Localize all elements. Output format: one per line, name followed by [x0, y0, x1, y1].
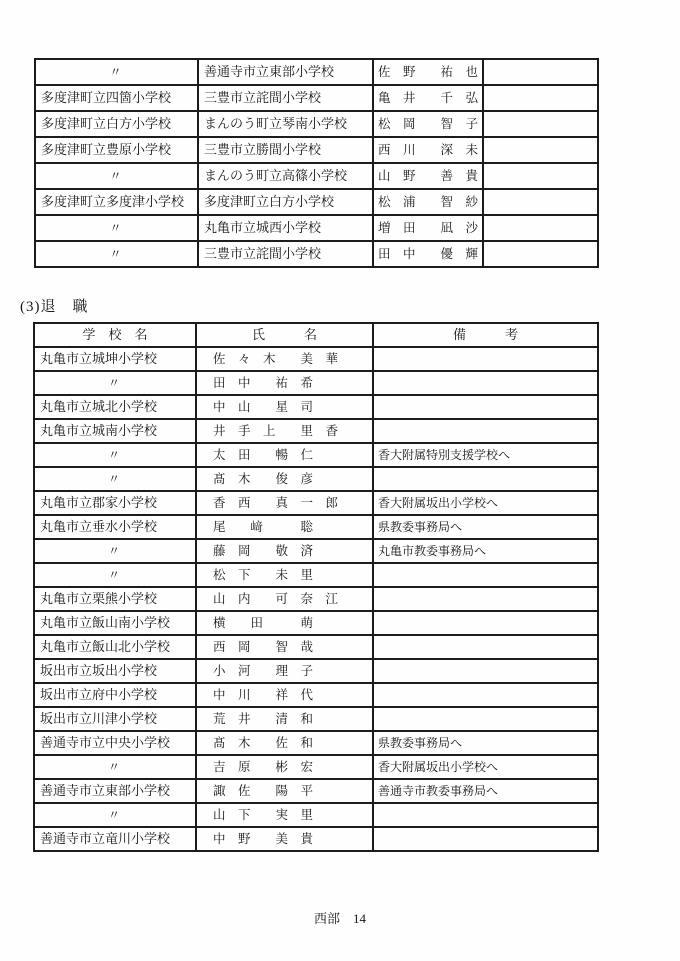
- table-row: 丸亀市立城北小学校中 山 星 司: [34, 395, 598, 419]
- table-row: 丸亀市立郡家小学校香 西 真 一 郎香大附属坂出小学校へ: [34, 491, 598, 515]
- origin-school-cell: 多度津町立豊原小学校: [35, 137, 198, 163]
- table-row: 丸亀市立城南小学校井 手 上 里 香: [34, 419, 598, 443]
- note-cell: [373, 827, 598, 851]
- teacher-name-cell: 松 岡 智 子: [373, 111, 483, 137]
- note-cell: [373, 467, 598, 491]
- table-row: 〃田 中 祐 希: [34, 371, 598, 395]
- table-row: 多度津町立四箇小学校三豊市立詫間小学校亀 井 千 弘: [35, 85, 598, 111]
- retirement-table: 学 校 名 氏 名 備 考 丸亀市立城坤小学校佐 々 木 美 華〃田 中 祐 希…: [33, 322, 599, 852]
- teacher-name-cell: 井 手 上 里 香: [196, 419, 373, 443]
- teacher-name-cell: 西 川 深 未: [373, 137, 483, 163]
- school-cell: 坂出市立川津小学校: [34, 707, 196, 731]
- table-row: 〃三豊市立詫間小学校田 中 優 輝: [35, 241, 598, 267]
- table-row: 多度津町立豊原小学校三豊市立勝間小学校西 川 深 未: [35, 137, 598, 163]
- table-row: 〃松 下 未 里: [34, 563, 598, 587]
- note-cell: [373, 371, 598, 395]
- note-cell: [373, 683, 598, 707]
- note-cell: [373, 395, 598, 419]
- note-cell: 香大附属坂出小学校へ: [373, 491, 598, 515]
- note-cell: 香大附属坂出小学校へ: [373, 755, 598, 779]
- school-cell: 丸亀市立栗熊小学校: [34, 587, 196, 611]
- teacher-name-cell: 田 中 祐 希: [196, 371, 373, 395]
- note-cell: 善通寺市教委事務局へ: [373, 779, 598, 803]
- note-cell: [483, 59, 598, 85]
- origin-school-cell: 〃: [35, 59, 198, 85]
- table-row: 善通寺市立東部小学校諏 佐 陽 平善通寺市教委事務局へ: [34, 779, 598, 803]
- note-cell: [373, 563, 598, 587]
- table-row: 丸亀市立城坤小学校佐 々 木 美 華: [34, 347, 598, 371]
- teacher-name-cell: 佐 々 木 美 華: [196, 347, 373, 371]
- note-cell: 県教委事務局へ: [373, 731, 598, 755]
- school-cell: 丸亀市立垂水小学校: [34, 515, 196, 539]
- teacher-name-cell: 荒 井 清 和: [196, 707, 373, 731]
- school-cell: 坂出市立府中小学校: [34, 683, 196, 707]
- school-cell: 〃: [34, 755, 196, 779]
- table-row: 多度津町立多度津小学校多度津町立白方小学校松 浦 智 紗: [35, 189, 598, 215]
- table-row: 〃丸亀市立城西小学校増 田 凪 沙: [35, 215, 598, 241]
- destination-school-cell: まんのう町立琴南小学校: [198, 111, 373, 137]
- school-cell: 丸亀市立飯山北小学校: [34, 635, 196, 659]
- teacher-name-cell: 吉 原 彬 宏: [196, 755, 373, 779]
- teacher-name-cell: 香 西 真 一 郎: [196, 491, 373, 515]
- note-cell: [483, 241, 598, 267]
- table-header-row: 学 校 名 氏 名 備 考: [34, 323, 598, 347]
- teacher-name-cell: 藤 岡 敬 済: [196, 539, 373, 563]
- school-cell: 〃: [34, 803, 196, 827]
- teacher-name-cell: 中 山 星 司: [196, 395, 373, 419]
- teacher-name-cell: 髙 木 俊 彦: [196, 467, 373, 491]
- school-cell: 丸亀市立飯山南小学校: [34, 611, 196, 635]
- school-cell: 丸亀市立城坤小学校: [34, 347, 196, 371]
- school-cell: 〃: [34, 443, 196, 467]
- teacher-name-cell: 諏 佐 陽 平: [196, 779, 373, 803]
- table-row: 丸亀市立栗熊小学校山 内 可 奈 江: [34, 587, 598, 611]
- note-cell: [373, 803, 598, 827]
- note-cell: [373, 635, 598, 659]
- school-cell: 〃: [34, 467, 196, 491]
- teacher-name-cell: 山 下 実 里: [196, 803, 373, 827]
- school-cell: 丸亀市立城南小学校: [34, 419, 196, 443]
- teacher-name-cell: 山 内 可 奈 江: [196, 587, 373, 611]
- school-cell: 〃: [34, 371, 196, 395]
- table-row: 多度津町立白方小学校まんのう町立琴南小学校松 岡 智 子: [35, 111, 598, 137]
- header-person-name: 氏 名: [196, 323, 373, 347]
- destination-school-cell: 三豊市立勝間小学校: [198, 137, 373, 163]
- table-row: 〃髙 木 俊 彦: [34, 467, 598, 491]
- transfer-continuation-table: 〃善通寺市立東部小学校佐 野 祐 也多度津町立四箇小学校三豊市立詫間小学校亀 井…: [34, 58, 599, 268]
- note-cell: [373, 419, 598, 443]
- teacher-name-cell: 尾 﨑 聡: [196, 515, 373, 539]
- origin-school-cell: 多度津町立四箇小学校: [35, 85, 198, 111]
- school-cell: 善通寺市立竜川小学校: [34, 827, 196, 851]
- destination-school-cell: 三豊市立詫間小学校: [198, 85, 373, 111]
- origin-school-cell: 〃: [35, 241, 198, 267]
- note-cell: [483, 85, 598, 111]
- teacher-name-cell: 髙 木 佐 和: [196, 731, 373, 755]
- school-cell: 〃: [34, 539, 196, 563]
- note-cell: [373, 707, 598, 731]
- school-cell: 〃: [34, 563, 196, 587]
- note-cell: [373, 659, 598, 683]
- table-row: 丸亀市立垂水小学校尾 﨑 聡県教委事務局へ: [34, 515, 598, 539]
- school-cell: 坂出市立坂出小学校: [34, 659, 196, 683]
- table-row: 〃吉 原 彬 宏香大附属坂出小学校へ: [34, 755, 598, 779]
- note-cell: 丸亀市教委事務局へ: [373, 539, 598, 563]
- page-footer: 西部 14: [0, 908, 680, 927]
- table-row: 坂出市立坂出小学校小 河 理 子: [34, 659, 598, 683]
- table-row: 善通寺市立中央小学校髙 木 佐 和県教委事務局へ: [34, 731, 598, 755]
- note-cell: [483, 163, 598, 189]
- teacher-name-cell: 山 野 善 貴: [373, 163, 483, 189]
- note-cell: [483, 111, 598, 137]
- table-row: 〃藤 岡 敬 済丸亀市教委事務局へ: [34, 539, 598, 563]
- note-cell: [483, 189, 598, 215]
- table-row: 〃まんのう町立高篠小学校山 野 善 貴: [35, 163, 598, 189]
- table-row: 〃善通寺市立東部小学校佐 野 祐 也: [35, 59, 598, 85]
- origin-school-cell: 〃: [35, 163, 198, 189]
- origin-school-cell: 多度津町立多度津小学校: [35, 189, 198, 215]
- teacher-name-cell: 田 中 優 輝: [373, 241, 483, 267]
- teacher-name-cell: 小 河 理 子: [196, 659, 373, 683]
- teacher-name-cell: 松 浦 智 紗: [373, 189, 483, 215]
- teacher-name-cell: 中 野 美 貴: [196, 827, 373, 851]
- teacher-name-cell: 松 下 未 里: [196, 563, 373, 587]
- note-cell: 県教委事務局へ: [373, 515, 598, 539]
- school-cell: 丸亀市立城北小学校: [34, 395, 196, 419]
- note-cell: [373, 611, 598, 635]
- school-cell: 善通寺市立東部小学校: [34, 779, 196, 803]
- table-row: 善通寺市立竜川小学校中 野 美 貴: [34, 827, 598, 851]
- origin-school-cell: 多度津町立白方小学校: [35, 111, 198, 137]
- teacher-name-cell: 太 田 暢 仁: [196, 443, 373, 467]
- origin-school-cell: 〃: [35, 215, 198, 241]
- table-row: 〃太 田 暢 仁香大附属特別支援学校へ: [34, 443, 598, 467]
- destination-school-cell: 三豊市立詫間小学校: [198, 241, 373, 267]
- teacher-name-cell: 佐 野 祐 也: [373, 59, 483, 85]
- teacher-name-cell: 中 川 祥 代: [196, 683, 373, 707]
- note-cell: [483, 215, 598, 241]
- destination-school-cell: 多度津町立白方小学校: [198, 189, 373, 215]
- school-cell: 善通寺市立中央小学校: [34, 731, 196, 755]
- header-school-name: 学 校 名: [34, 323, 196, 347]
- destination-school-cell: 善通寺市立東部小学校: [198, 59, 373, 85]
- destination-school-cell: まんのう町立高篠小学校: [198, 163, 373, 189]
- header-remarks: 備 考: [373, 323, 598, 347]
- note-cell: [373, 347, 598, 371]
- teacher-name-cell: 亀 井 千 弘: [373, 85, 483, 111]
- table-row: 坂出市立川津小学校荒 井 清 和: [34, 707, 598, 731]
- note-cell: 香大附属特別支援学校へ: [373, 443, 598, 467]
- note-cell: [483, 137, 598, 163]
- document-page: 〃善通寺市立東部小学校佐 野 祐 也多度津町立四箇小学校三豊市立詫間小学校亀 井…: [0, 0, 680, 961]
- section-title-retirement: (3)退 職: [20, 295, 89, 316]
- table-row: 丸亀市立飯山北小学校西 岡 智 哉: [34, 635, 598, 659]
- note-cell: [373, 587, 598, 611]
- teacher-name-cell: 西 岡 智 哉: [196, 635, 373, 659]
- destination-school-cell: 丸亀市立城西小学校: [198, 215, 373, 241]
- table-row: 坂出市立府中小学校中 川 祥 代: [34, 683, 598, 707]
- teacher-name-cell: 増 田 凪 沙: [373, 215, 483, 241]
- table-row: 〃山 下 実 里: [34, 803, 598, 827]
- teacher-name-cell: 横 田 萌: [196, 611, 373, 635]
- school-cell: 丸亀市立郡家小学校: [34, 491, 196, 515]
- table-row: 丸亀市立飯山南小学校横 田 萌: [34, 611, 598, 635]
